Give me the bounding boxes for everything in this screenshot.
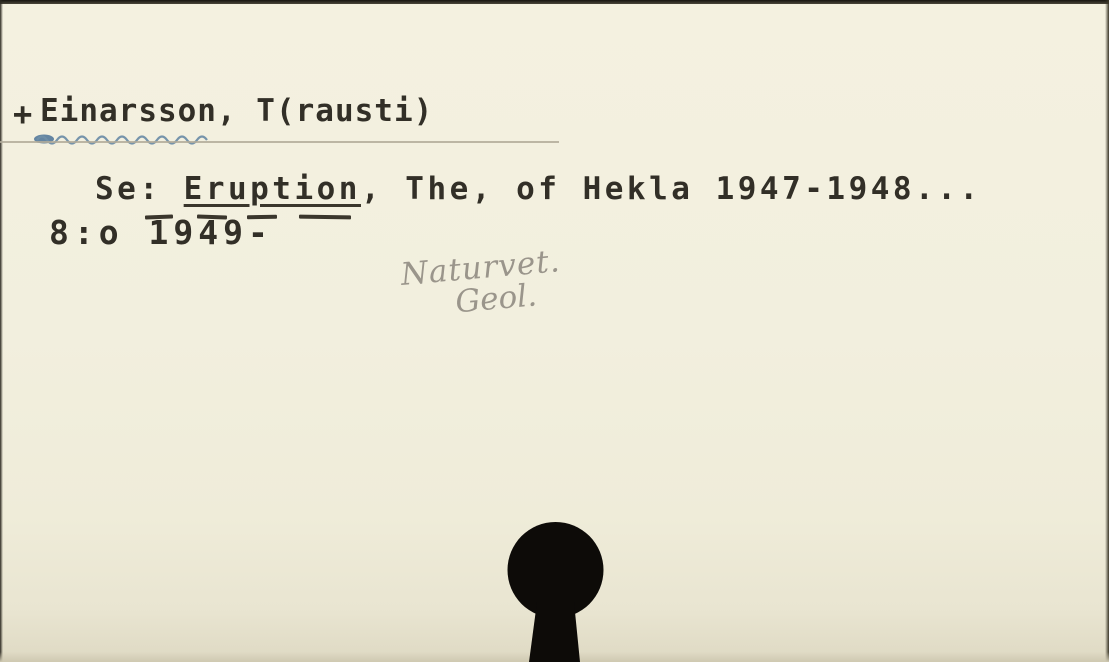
wavy-underline-svg	[33, 130, 219, 148]
format-year-line: 8:o 1949-	[49, 213, 273, 252]
author-heading: Einarsson, T(rausti)	[40, 93, 433, 129]
keyhole-icon	[496, 514, 620, 662]
handwritten-note: Naturvet. Geol.	[399, 243, 564, 325]
catalog-card: + Einarsson, T(rausti) Se: Eruption, The…	[0, 0, 1109, 662]
referenced-title: Eruption	[184, 171, 361, 207]
see-reference-line: Se: Eruption, The, of Hekla 1947-1948...	[95, 171, 982, 207]
typed-dash	[299, 215, 351, 220]
heading-plus-mark: +	[13, 95, 32, 133]
scan-edge-right	[1105, 0, 1109, 662]
scan-edge-left	[0, 0, 3, 662]
keyhole-punch-hole	[496, 514, 620, 662]
see-label: Se:	[95, 171, 184, 207]
scan-edge-top	[0, 0, 1109, 4]
reference-rest: , The, of Hekla 1947-1948...	[361, 171, 982, 207]
heading-rule-line	[0, 141, 559, 143]
